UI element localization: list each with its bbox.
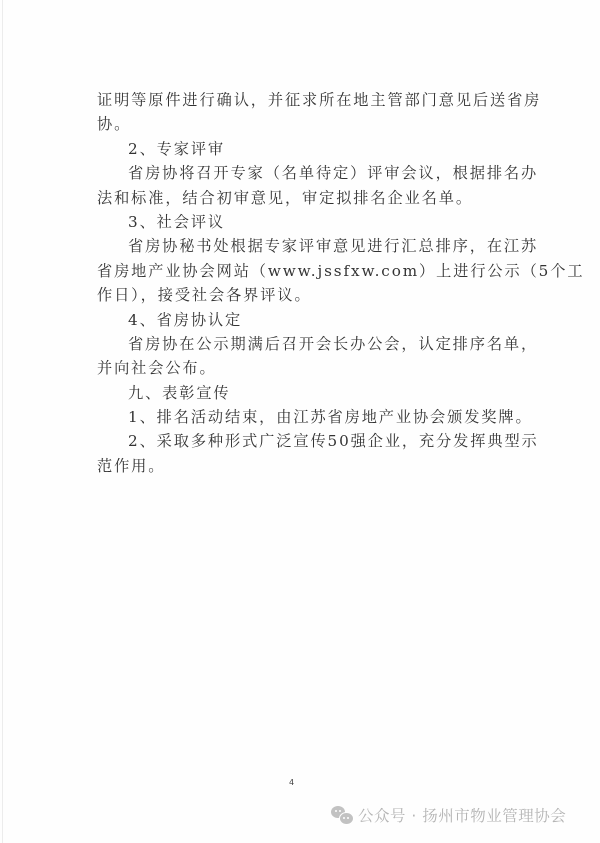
page-number: 4 (289, 778, 294, 787)
text-line: 作日），接受社会各界评议。 (97, 283, 517, 307)
text-line: 协。 (97, 112, 517, 136)
document-page: 证明等原件进行确认，并征求所在地主管部门意见后送省房 协。 2、专家评审 省房协… (0, 0, 600, 843)
text-line: 省房地产业协会网站（www.jssfxw.com）上进行公示（5个工 (97, 259, 517, 283)
watermark: 公众号 · 扬州市物业管理协会 (331, 804, 566, 826)
section-heading: 3、社会评议 (97, 210, 517, 234)
wechat-icon (331, 806, 353, 824)
text-line: 范作用。 (97, 454, 517, 478)
page-edge (2, 0, 3, 843)
section-heading: 4、省房协认定 (97, 308, 517, 332)
text-line: 省房协将召开专家（名单待定）评审会议，根据排名办 (97, 161, 517, 185)
text-line: 并向社会公布。 (97, 356, 517, 380)
text-line: 1、排名活动结束，由江苏省房地产业协会颁发奖牌。 (97, 405, 517, 429)
text-line: 法和标准，结合初审意见，审定拟排名企业名单。 (97, 186, 517, 210)
section-heading: 九、表彰宣传 (97, 381, 517, 405)
text-line: 2、采取多种形式广泛宣传50强企业，充分发挥典型示 (97, 429, 517, 453)
section-heading: 2、专家评审 (97, 137, 517, 161)
text-line: 省房协秘书处根据专家评审意见进行汇总排序，在江苏 (97, 234, 517, 258)
watermark-text: 公众号 · 扬州市物业管理协会 (358, 804, 566, 826)
text-line: 省房协在公示期满后召开会长办公会，认定排序名单， (97, 332, 517, 356)
document-body: 证明等原件进行确认，并征求所在地主管部门意见后送省房 协。 2、专家评审 省房协… (97, 88, 517, 478)
text-line: 证明等原件进行确认，并征求所在地主管部门意见后送省房 (97, 88, 517, 112)
